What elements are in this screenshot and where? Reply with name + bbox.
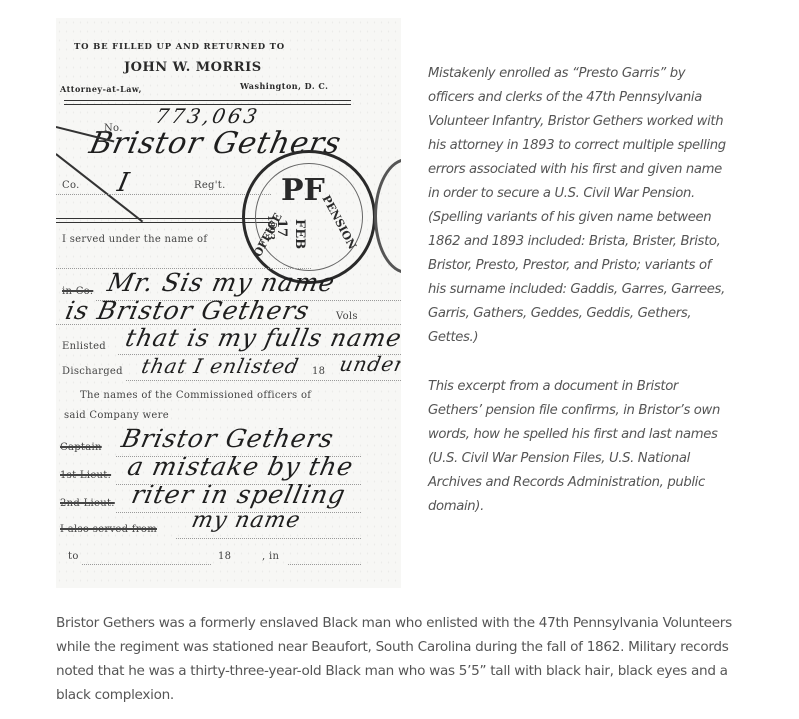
doc-handwritten-line7: riter in spelling bbox=[129, 480, 349, 509]
doc-second-lieut-label: 2nd Lieut. bbox=[60, 498, 115, 509]
doc-handwritten-line4b: under bbox=[337, 352, 401, 376]
pension-office-stamp: PF PENSION OFFICE FEB 17 1893 bbox=[242, 150, 376, 284]
doc-dotted-line bbox=[82, 564, 211, 565]
stamp-initials: PF bbox=[281, 173, 325, 208]
doc-co-label: Co. bbox=[62, 180, 80, 191]
doc-rule bbox=[56, 218, 271, 219]
doc-dotted-line bbox=[176, 538, 361, 539]
doc-handwritten-number: 773,063 bbox=[153, 104, 262, 128]
doc-first-lieut-label: 1st Lieut. bbox=[60, 470, 111, 481]
doc-handwritten-line1: Mr. Sis my name bbox=[105, 268, 338, 297]
doc-rule bbox=[64, 100, 351, 101]
body-paragraph: Bristor Gethers was a formerly enslaved … bbox=[56, 611, 756, 707]
doc-location: Washington, D. C. bbox=[240, 81, 328, 91]
image-caption-paragraph-1: Mistakenly enrolled as “Presto Garris” b… bbox=[428, 62, 728, 350]
stamp-month: FEB bbox=[292, 219, 307, 249]
doc-to-label: to bbox=[68, 551, 79, 562]
image-caption-paragraph-2: This excerpt from a document in Bristor … bbox=[428, 375, 728, 519]
pension-document-image: TO BE FILLED UP AND RETURNED TO JOHN W. … bbox=[56, 18, 401, 588]
doc-enlisted-label: Enlisted bbox=[62, 341, 106, 352]
doc-dotted-line bbox=[288, 564, 361, 565]
doc-dotted-line bbox=[126, 380, 401, 381]
doc-handwritten-line5: Bristor Gethers bbox=[119, 424, 337, 453]
doc-handwritten-line3: that is my fulls name bbox=[123, 324, 401, 352]
doc-year-label-2: 18 bbox=[218, 551, 231, 562]
doc-in-label: , in bbox=[262, 551, 279, 562]
doc-attorney-title: Attorney-at-Law, bbox=[60, 84, 142, 94]
second-stamp-partial bbox=[374, 158, 401, 274]
doc-handwritten-line2: is Bristor Gethers bbox=[63, 296, 313, 325]
doc-served-label: I served under the name of bbox=[62, 234, 207, 245]
doc-captain-label: Captain bbox=[60, 442, 102, 453]
doc-vols-label: Vols bbox=[336, 311, 358, 322]
doc-handwritten-line6: a mistake by the bbox=[125, 452, 356, 481]
doc-also-served-label: I also served from bbox=[60, 524, 157, 535]
stamp-day: 17 bbox=[274, 219, 289, 237]
doc-dotted-line bbox=[56, 194, 271, 195]
doc-officers-line1: The names of the Commissioned officers o… bbox=[80, 390, 311, 401]
doc-year-label: 18 bbox=[312, 366, 325, 377]
doc-handwritten-line4: that I enlisted bbox=[139, 354, 301, 378]
doc-handwritten-line8: my name bbox=[189, 508, 303, 533]
doc-regt-label: Reg't. bbox=[194, 180, 226, 191]
doc-header-line: TO BE FILLED UP AND RETURNED TO bbox=[74, 42, 285, 52]
doc-rule bbox=[56, 222, 271, 223]
doc-attorney-name: JOHN W. MORRIS bbox=[124, 60, 262, 75]
stamp-year: 1893 bbox=[265, 215, 275, 240]
doc-discharged-label: Discharged bbox=[62, 366, 123, 377]
doc-officers-line2: said Company were bbox=[64, 410, 169, 421]
